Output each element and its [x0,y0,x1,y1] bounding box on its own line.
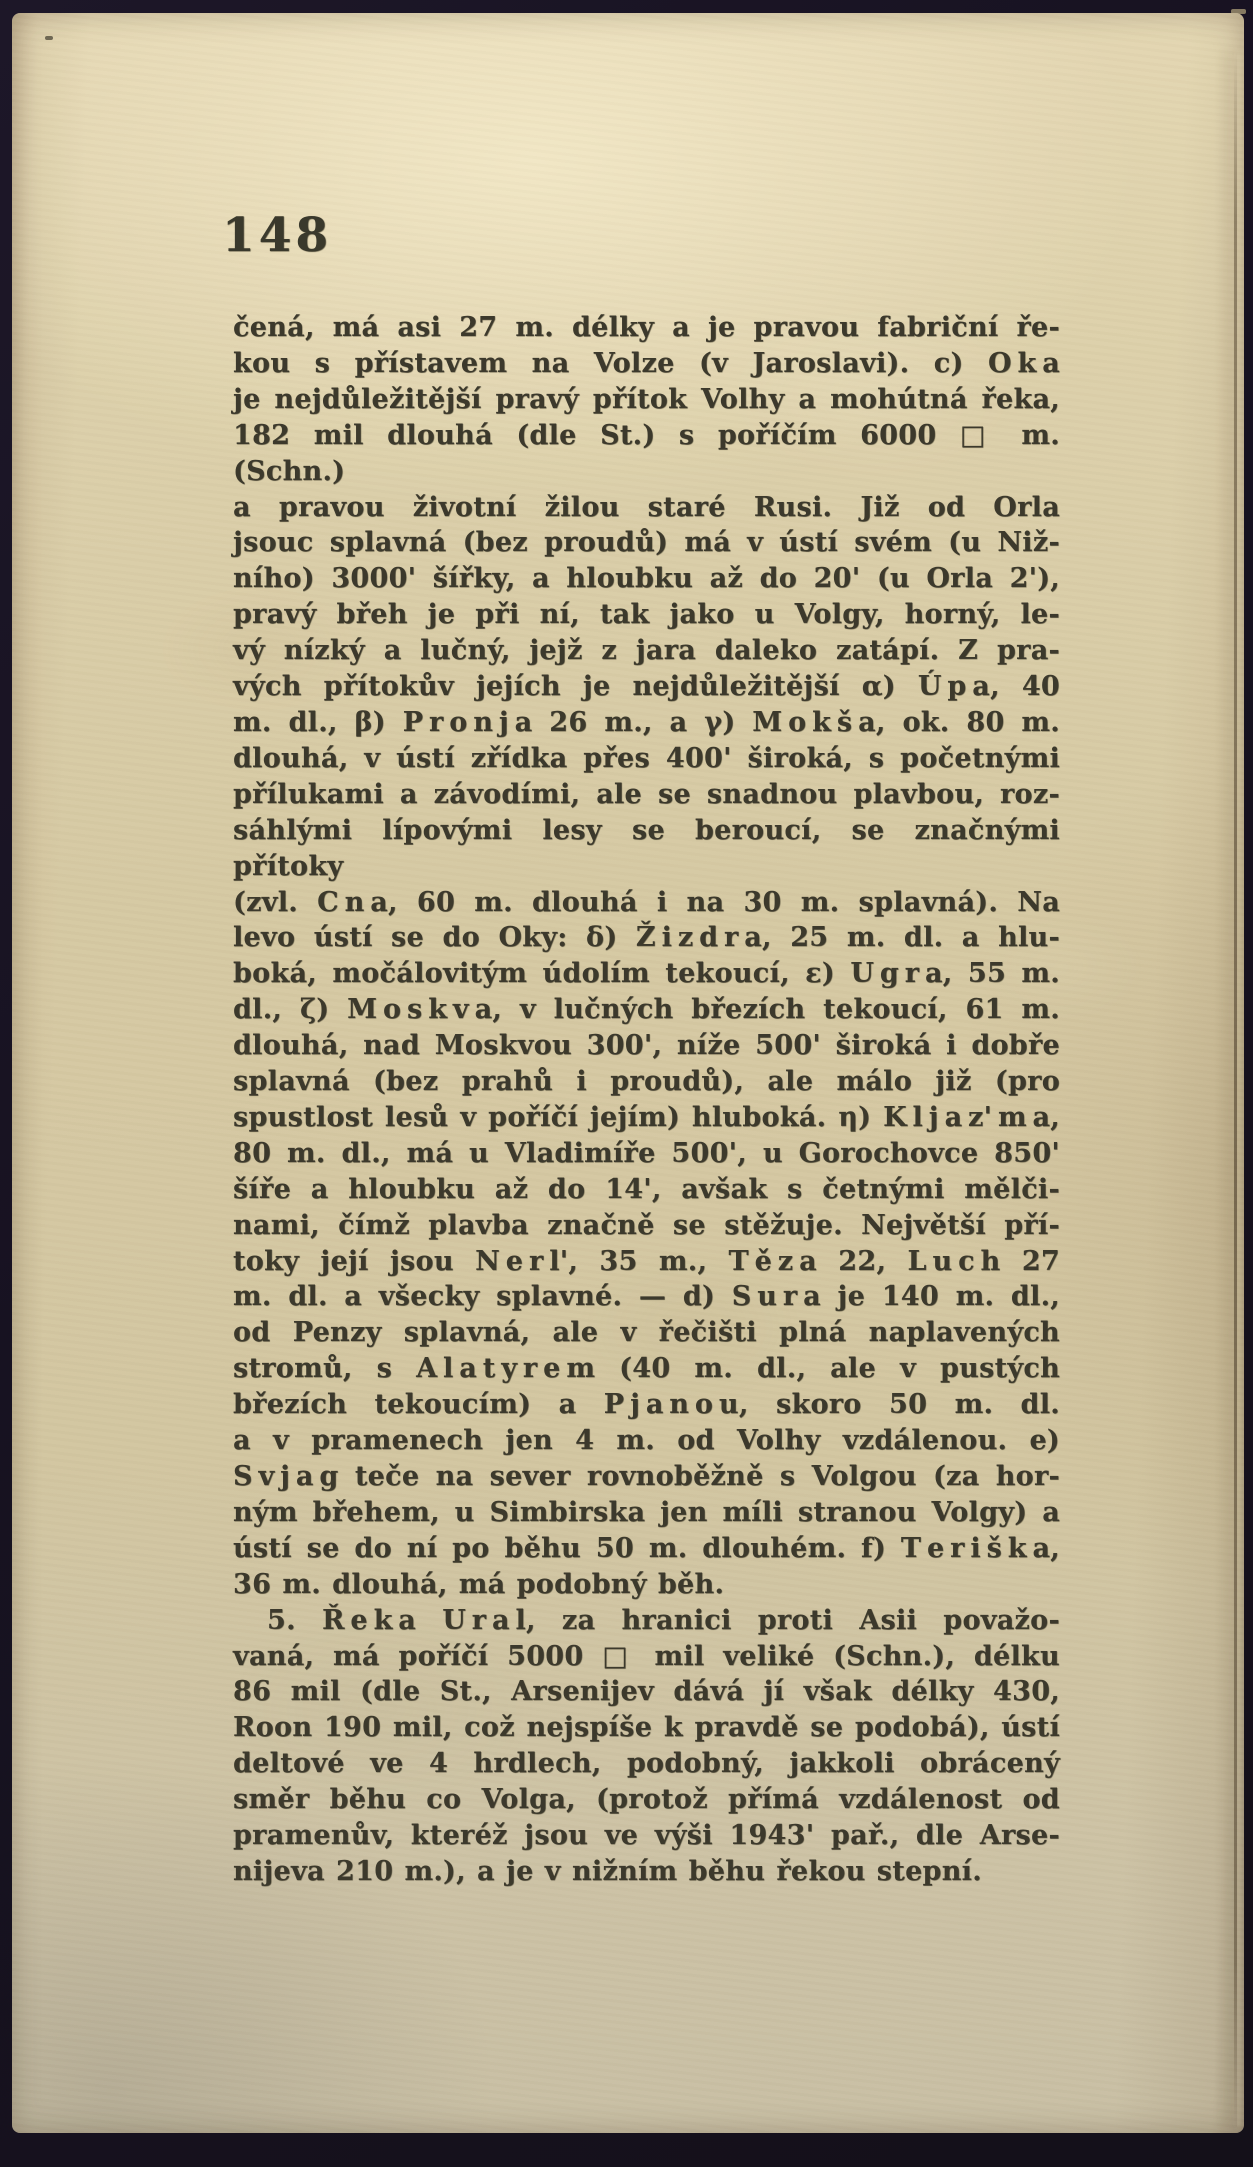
text-line: spustlost lesů v poříčí jejím) hluboká. … [233,1100,1060,1136]
text-line: pramenův, kteréž jsou ve výši 1943' pař.… [233,1818,1060,1854]
text-line: sáhlými lípovými lesy se beroucí, se zna… [233,813,1060,885]
text-line: m. dl., β) P r o n j a 26 m., a γ) M o k… [233,705,1060,741]
text-line: 80 m. dl., má u Vladimíře 500', u Goroch… [233,1136,1060,1172]
text-line: deltové ve 4 hrdlech, podobný, jakkoli o… [233,1746,1060,1782]
text-line: dl., ζ) M o s k v a, v lučných březích t… [233,992,1060,1028]
text-line: přílukami a závodími, ale se snadnou pla… [233,777,1060,813]
text-line: Roon 190 mil, což nejspíše k pravdě se p… [233,1710,1060,1746]
dust-speck-dark [45,36,53,40]
text-line: ního) 3000' šířky, a hloubku až do 20' (… [233,561,1060,597]
text-line: od Penzy splavná, ale v řečišti plná nap… [233,1315,1060,1351]
text-line: dlouhá, nad Moskvou 300', níže 500' širo… [233,1028,1060,1064]
text-line: ným břehem, u Simbirska jen míli stranou… [233,1495,1060,1531]
text-line: levo ústí se do Oky: δ) Ž i z d r a, 25 … [233,920,1060,956]
text-line: 86 mil (dle St., Arsenijev dává jí však … [233,1674,1060,1710]
text-line: a v pramenech jen 4 m. od Volhy vzdáleno… [233,1423,1060,1459]
text-line: stromů, s A l a t y r e m (40 m. dl., al… [233,1351,1060,1387]
text-line: šíře a hloubku až do 14', avšak s četným… [233,1172,1060,1208]
text-line: ústí se do ní po běhu 50 m. dlouhém. f) … [233,1531,1060,1567]
text-line: kou s přístavem na Volze (v Jaroslavi). … [233,346,1060,382]
text-line: jsouc splavná (bez proudů) má v ústí své… [233,525,1060,561]
text-line: čená, má asi 27 m. délky a je pravou fab… [233,310,1060,346]
text-line: boká, močálovitým údolím tekoucí, ε) U g… [233,956,1060,992]
text-block: čená, má asi 27 m. délky a je pravou fab… [233,310,1060,1890]
text-line: dlouhá, v ústí zřídka přes 400' široká, … [233,741,1060,777]
scan-border-frame: 148 čená, má asi 27 m. délky a je pravou… [0,0,1253,2167]
text-line: 5. Ř e k a U r a l, za hranici proti Asi… [233,1603,1060,1639]
text-line: březích tekoucím) a P j a n o u, skoro 5… [233,1387,1060,1423]
text-line: m. dl. a všecky splavné. — d) S u r a je… [233,1279,1060,1315]
text-line: vý nízký a lučný, jejž z jara daleko zat… [233,633,1060,669]
text-line: nijeva 210 m.), a je v nižním běhu řekou… [233,1854,1060,1890]
text-line: je nejdůležitější pravý přítok Volhy a m… [233,382,1060,418]
text-line: a pravou životní žilou staré Rusi. Již o… [233,490,1060,526]
text-line: směr běhu co Volga, (protož přímá vzdále… [233,1782,1060,1818]
text-line: toky její jsou N e r l', 35 m., T ě z a … [233,1244,1060,1280]
text-line: nami, čímž plavba značně se stěžuje. Nej… [233,1208,1060,1244]
book-page: 148 čená, má asi 27 m. délky a je pravou… [12,13,1244,2133]
text-line: vaná, má poříčí 5000 □ mil veliké (Schn.… [233,1639,1060,1675]
text-line: 36 m. dlouhá, má podobný běh. [233,1567,1060,1603]
text-line: 182 mil dlouhá (dle St.) s poříčím 6000 … [233,418,1060,490]
text-line: splavná (bez prahů i proudů), ale málo j… [233,1064,1060,1100]
text-line: vých přítokův jejích je nejdůležitější α… [233,669,1060,705]
text-line: (zvl. C n a, 60 m. dlouhá i na 30 m. spl… [233,885,1060,921]
text-line: S v j a g teče na sever rovnoběžně s Vol… [233,1459,1060,1495]
text-line: pravý břeh je při ní, tak jako u Volgy, … [233,597,1060,633]
page-number: 148 [222,212,332,259]
page-edge-crease [1234,53,1237,2127]
